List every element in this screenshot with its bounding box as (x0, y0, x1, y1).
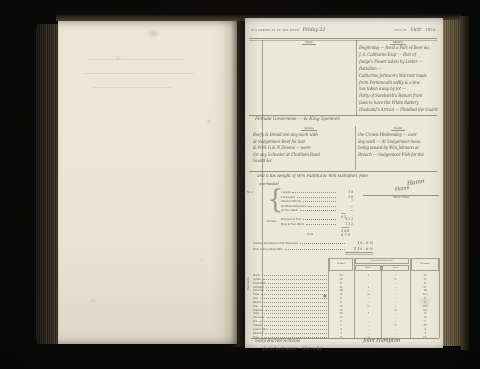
handwriting-line: day each — At Sedgemoor mess (358, 139, 440, 146)
handwriting-line: at Sedgemoor Beef for last (253, 139, 353, 146)
column-divider (356, 40, 357, 116)
right-cover-edge (461, 16, 469, 350)
right-ledger-page: Occurrences of the Week Friday 22 DAY OF… (245, 18, 443, 348)
show-through-line (84, 73, 194, 74)
handwriting-line: from Portsmouth softly & a few (359, 80, 440, 87)
table-vline (381, 265, 382, 338)
handwritten-day: Friday 22 (303, 27, 326, 33)
col-header-remains: Remains (411, 258, 439, 271)
handwriting-line: for any Schooler at Chatham Road (253, 152, 353, 159)
provisions-rows: Bread 34 2 – 32 Spirits 16 – ½ 15 Fresh … (253, 273, 439, 338)
names-box-label: Officers Names (363, 196, 439, 199)
remarks-handwriting: Beginning — Recd a Part of Beer &cJ. S. … (359, 45, 440, 114)
table-vline (328, 258, 329, 338)
foxing-spot (146, 29, 160, 38)
page-header: Occurrences of the Week Friday 22 DAY OF… (251, 27, 437, 37)
ink-blot (323, 294, 327, 298)
footer-line1: Saml Burnet Schools (255, 339, 300, 344)
column-label-right: Remarks (357, 41, 439, 44)
table-vline (354, 258, 355, 338)
handwriting-line: Beginning — Recd a Part of Beer &c (359, 45, 440, 52)
handwriting-line: Catherine Johnson's Warrant made (359, 73, 440, 80)
victualling-row: Boys at Two-thirds1 3 2 (281, 222, 353, 227)
names-signature: Hamn (395, 185, 410, 192)
issue-line: and 6 lbs weight of Wm Faithful & Wm Ham… (257, 174, 427, 179)
handwriting-line: being issued by Wm Johnson at (358, 145, 440, 152)
handwriting-line: J. S. Calthorne Esqr — Part of (359, 52, 440, 59)
right-fore-edge-pages (443, 20, 462, 346)
victualling-group1: Captain1 8 Lieutenants5 6 Warrant Office… (281, 190, 353, 213)
handwriting-line: Battalion — (359, 66, 440, 73)
column-label-left: Winds (265, 41, 353, 44)
grand-total-value: 6 7 9 (341, 232, 350, 237)
footer-line2: Jas Schoolmaster — Stores &c (263, 346, 322, 351)
diet-left-handwriting: Beefy & Bread one day each withat Sedgem… (253, 132, 353, 165)
col-header-short: Short (355, 265, 381, 271)
section-header-right: Evening (357, 127, 439, 130)
col-header-in-store: In Store (329, 258, 353, 271)
photographed-open-ledger: Occurrences of the Week Friday 22 DAY OF… (0, 0, 480, 369)
footer-signature: John Hampton (363, 338, 400, 344)
handwriting-line: Beefy & Bread one day each with (253, 132, 353, 139)
printed-year: 1854. (426, 27, 438, 32)
foxing-spot (198, 257, 205, 262)
handwriting-line: Breach — Sedgemoor Fish for the (358, 152, 440, 159)
section-divider (355, 126, 356, 170)
handwriting-line: Husband's Arrival — Finished the Guard (359, 107, 440, 114)
foxing-spot (206, 119, 212, 124)
show-through-line (92, 87, 172, 88)
show-through-line (88, 59, 183, 60)
handwriting-line: pass to have the White Battery (359, 100, 440, 107)
totals-underline (345, 252, 373, 253)
table-vline (410, 258, 411, 338)
victualling-group2: Prisoners at Full8 2 3 Boys at Two-third… (281, 217, 353, 226)
victualling-margin-label: No 4 (247, 191, 261, 195)
table-vline (439, 258, 440, 338)
foxing-spot (114, 55, 122, 61)
header-rule (249, 38, 437, 39)
printed-header-text: Occurrences of the Week (251, 29, 300, 32)
section-rule (249, 115, 437, 116)
diet-right-handwriting: the Crown Wednesday — overday each — At … (358, 132, 440, 158)
provisions-side-label: Provisions (246, 277, 250, 290)
issue-rule (249, 171, 437, 172)
section-header-left: Morning (265, 127, 353, 130)
handwritten-month: Octr (411, 27, 422, 33)
grand-total-label: Total (307, 232, 313, 236)
foxing-spot (88, 297, 98, 304)
handwriting-line: Party of Sandwich's Return from (359, 93, 440, 100)
group2-label: Women (267, 219, 276, 223)
col-header-loss-group: Loss of Provisions &c. (355, 258, 409, 264)
mid-entry-line: Female Governess — & King Spencer. (255, 117, 340, 122)
left-blank-page (58, 21, 237, 344)
page-stain (417, 296, 433, 308)
handwriting-line: the Crown Wednesday — over (358, 132, 440, 139)
col-header-leak: Leak (382, 265, 409, 271)
victualled-totals: Number Victualled at Full Allowance19 – … (253, 240, 373, 252)
left-page-edges (36, 24, 60, 344)
handwriting-line: Guard &c (253, 158, 353, 165)
day-of-label: DAY OF (395, 29, 407, 32)
handwriting-line: has taken away by lot — (359, 86, 440, 93)
totals-underline-2 (345, 254, 373, 255)
handwriting-line: & Pork G & N Downs — were (253, 145, 353, 152)
handwriting-line: Judge's Power taken by Letter — (359, 59, 440, 66)
